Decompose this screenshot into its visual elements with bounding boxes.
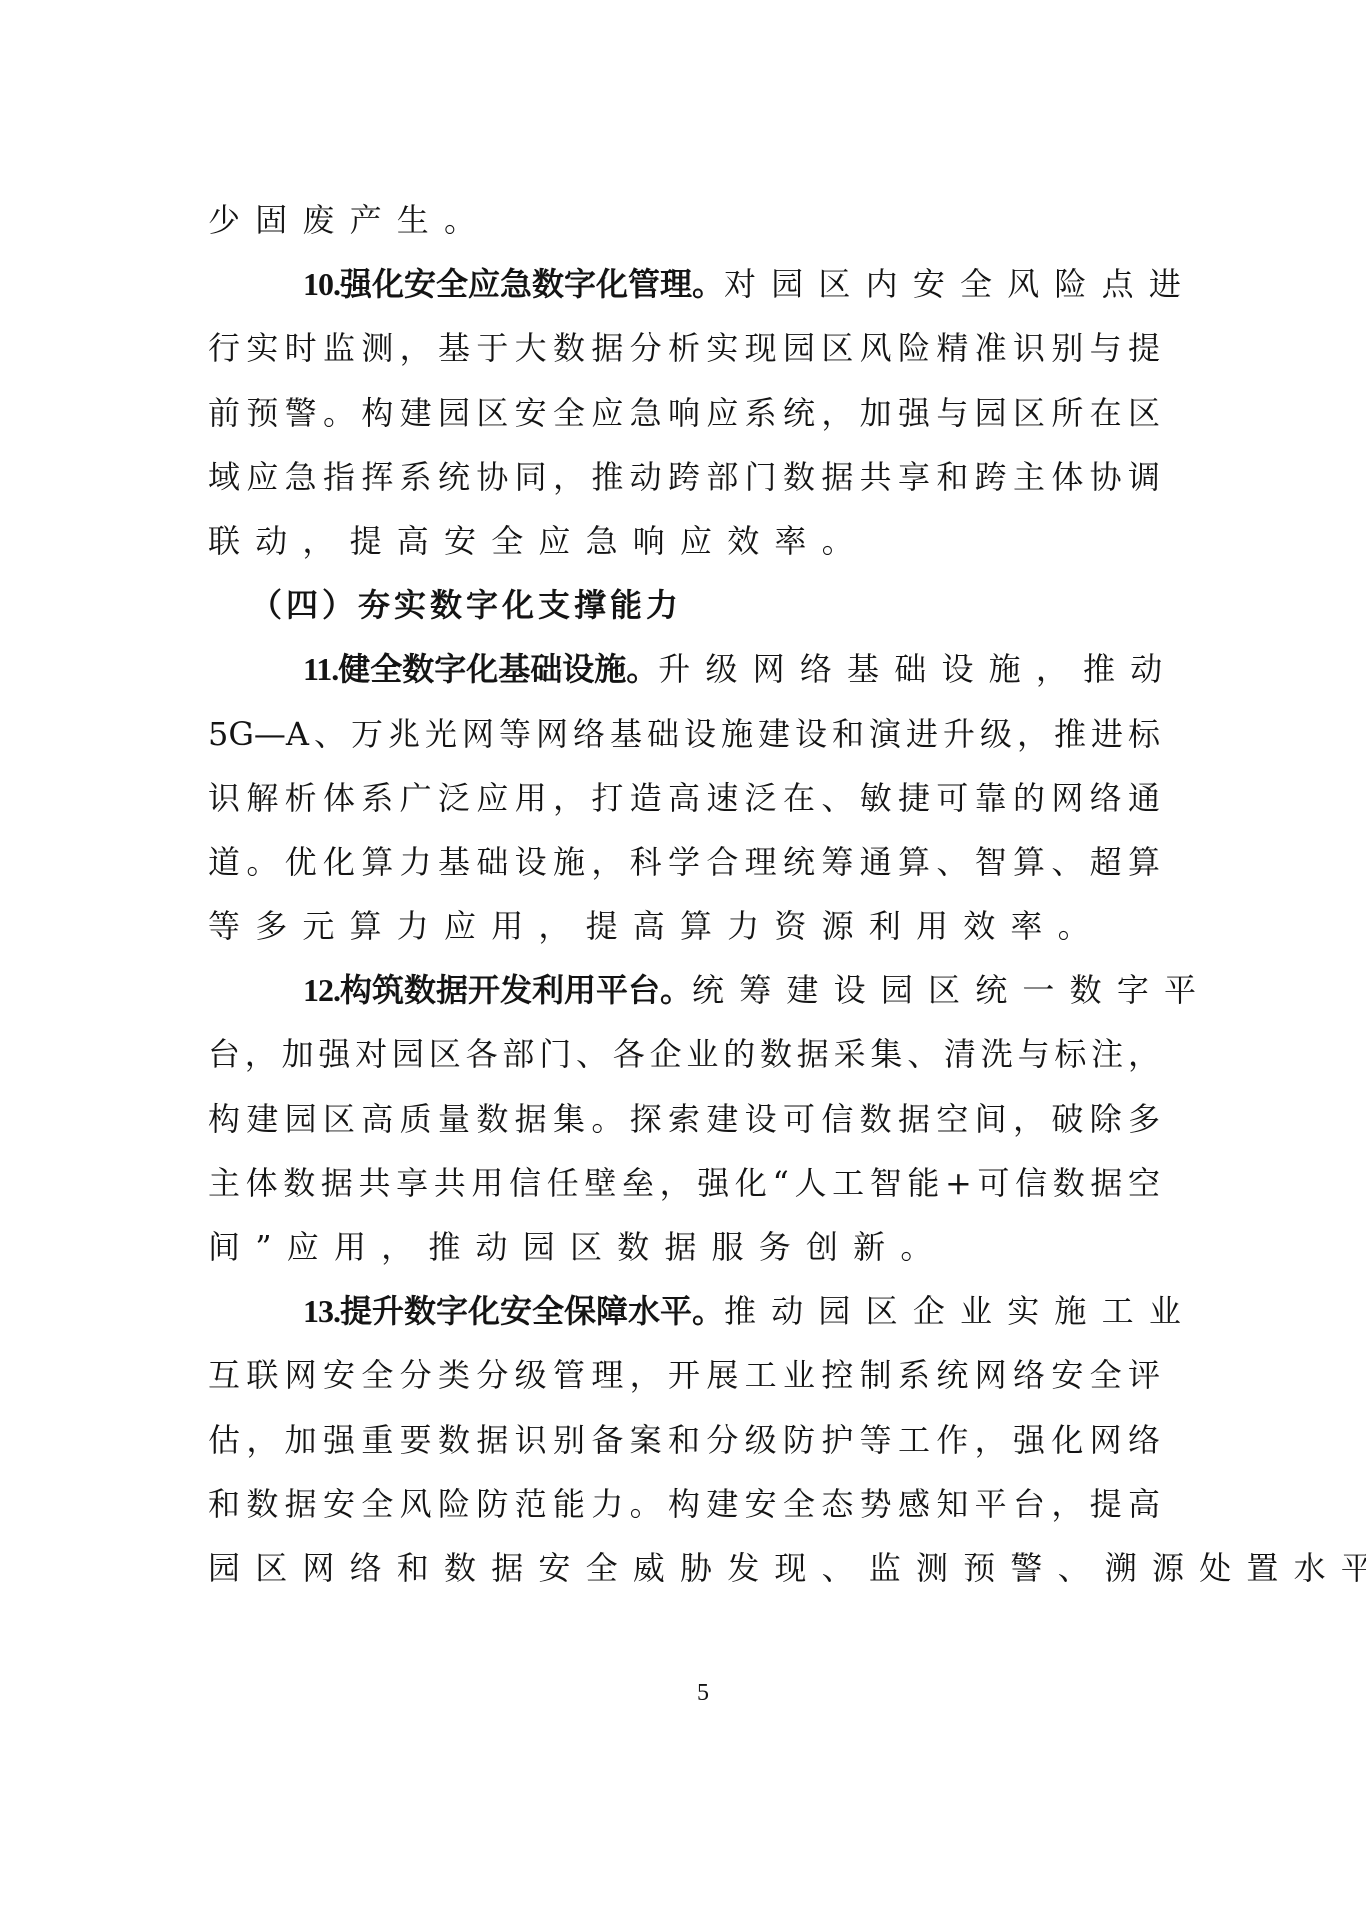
paragraph-line: 互联网安全分类分级管理，开展工业控制系统网络安全评: [208, 1352, 1160, 1416]
paragraph-line: 和数据安全风险防范能力。构建安全态势感知平台，提高: [208, 1481, 1160, 1545]
paragraph-line: 识解析体系广泛应用，打造高速泛在、敏捷可靠的网络通: [208, 775, 1160, 839]
paragraph-line: 估，加强重要数据识别备案和分级防护等工作，强化网络: [208, 1417, 1160, 1481]
item-13-first-line: 13.提升数字化安全保障水平。推动园区企业实施工业: [208, 1288, 1160, 1352]
paragraph-line: 域应急指挥系统协同，推动跨部门数据共享和跨主体协调: [208, 454, 1160, 518]
item-title: 提升数字化安全保障水平。: [340, 1292, 724, 1330]
paragraph-line: 道。优化算力基础设施，科学合理统筹通算、智算、超算: [208, 839, 1160, 903]
paragraph-line: 5G—A、万兆光网等网络基础设施建设和演进升级，推进标: [208, 711, 1160, 775]
item-10-first-line: 10.强化安全应急数字化管理。对园区内安全风险点进: [208, 261, 1160, 325]
item-11-first-line: 11.健全数字化基础设施。升级网络基础设施，推动: [208, 646, 1160, 710]
item-title: 健全数字化基础设施。: [338, 650, 658, 688]
item-number: 12.: [303, 972, 340, 1008]
item-number: 13.: [303, 1293, 340, 1329]
paragraph-line: 前预警。构建园区安全应急响应系统，加强与园区所在区: [208, 390, 1160, 454]
document-page: 少固废产生。 10.强化安全应急数字化管理。对园区内安全风险点进 行实时监测，基…: [0, 0, 1366, 1932]
item-number: 11.: [303, 651, 338, 687]
item-text: 推动园区企业实施工业: [724, 1292, 1196, 1330]
body-text: 少固废产生。 10.强化安全应急数字化管理。对园区内安全风险点进 行实时监测，基…: [208, 197, 1160, 1609]
section-heading: （四）夯实数字化支撑能力: [208, 582, 1160, 646]
item-title: 强化安全应急数字化管理。: [340, 265, 724, 303]
item-text: 统筹建设园区统一数字平: [692, 971, 1211, 1009]
paragraph-line: 园区网络和数据安全威胁发现、监测预警、溯源处置水平。: [208, 1545, 1160, 1609]
item-text: 对园区内安全风险点进: [724, 265, 1196, 303]
item-title: 构筑数据开发利用平台。: [340, 971, 692, 1009]
paragraph-line: 联动，提高安全应急响应效率。: [208, 518, 1160, 582]
paragraph-line: 间”应用，推动园区数据服务创新。: [208, 1224, 1160, 1288]
paragraph-line: 构建园区高质量数据集。探索建设可信数据空间，破除多: [208, 1096, 1160, 1160]
paragraph-line: 主体数据共享共用信任壁垒，强化“人工智能+可信数据空: [208, 1160, 1160, 1224]
item-12-first-line: 12.构筑数据开发利用平台。统筹建设园区统一数字平: [208, 967, 1160, 1031]
item-text: 升级网络基础设施，推动: [658, 650, 1177, 688]
paragraph-line: 少固废产生。: [208, 197, 1160, 261]
paragraph-line: 等多元算力应用，提高算力资源利用效率。: [208, 903, 1160, 967]
paragraph-line: 台，加强对园区各部门、各企业的数据采集、清洗与标注，: [208, 1031, 1160, 1095]
page-number: 5: [683, 1680, 723, 1707]
item-number: 10.: [303, 266, 340, 302]
paragraph-line: 行实时监测，基于大数据分析实现园区风险精准识别与提: [208, 325, 1160, 389]
